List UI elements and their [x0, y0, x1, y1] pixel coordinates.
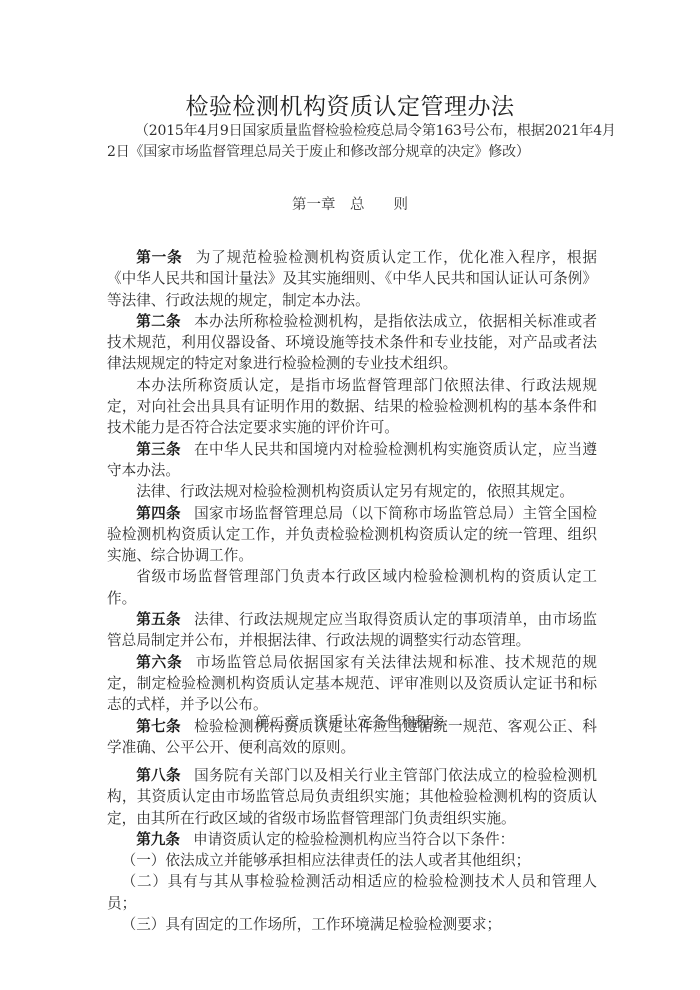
- subtitle-line-2: 2日《国家市场监督管理总局关于废止和修改部分规章的决定》修改）: [107, 142, 597, 163]
- article-4-clause: 省级市场监督管理部门负责本行政区域内检验检测机构的资质认定工作。: [107, 566, 597, 609]
- article-text: 省级市场监督管理部门负责本行政区域内检验检测机构的资质认定工作。: [107, 568, 597, 606]
- subtitle-line-1: （2015年4月9日国家质量监督检验检疫总局令第163号公布，根据2021年4月: [107, 121, 597, 142]
- article-9: 第九条申请资质认定的检验检测机构应当符合以下条件：: [107, 829, 597, 850]
- article-label: 第一条: [136, 249, 182, 266]
- article-label: 第八条: [136, 767, 181, 784]
- article-2: 第二条本办法所称检验检测机构，是指依法成立，依据相关标准或者技术规范，利用仪器设…: [107, 311, 597, 375]
- article-6: 第六条市场监管总局依据国家有关法律法规和标准、技术规范的规定，制定检验检测机构资…: [107, 652, 597, 716]
- chapter-1-heading: 第一章 总 则: [0, 193, 700, 214]
- article-3-clause: 法律、行政法规对检验检测机构资质认定另有规定的，依照其规定。: [107, 481, 597, 502]
- article-9-item-1: （一）依法成立并能够承担相应法律责任的法人或者其他组织；: [107, 850, 597, 871]
- chapter-2-body: 第八条国务院有关部门以及相关行业主管部门依法成立的检验检测机构，其资质认定由市场…: [107, 765, 597, 935]
- chapter-2-heading: 第二章 资质认定条件和程序: [0, 711, 700, 732]
- article-4: 第四条国家市场监督管理总局（以下简称市场监管总局）主管全国检验检测机构资质认定工…: [107, 503, 597, 567]
- article-8: 第八条国务院有关部门以及相关行业主管部门依法成立的检验检测机构，其资质认定由市场…: [107, 765, 597, 829]
- article-9-item-2: （二）具有与其从事检验检测活动相适应的检验检测技术人员和管理人员；: [107, 871, 597, 914]
- document-subtitle: （2015年4月9日国家质量监督检验检疫总局令第163号公布，根据2021年4月…: [107, 121, 597, 163]
- article-label: 第四条: [136, 505, 181, 522]
- article-3: 第三条在中华人民共和国境内对检验检测机构实施资质认定，应当遵守本办法。: [107, 439, 597, 482]
- article-2-clause: 本办法所称资质认定，是指市场监督管理部门依照法律、行政法规规定，对向社会出具具有…: [107, 375, 597, 439]
- article-label: 第三条: [136, 441, 181, 458]
- chapter-1-body: 第一条为了规范检验检测机构资质认定工作，优化准入程序，根据《中华人民共和国计量法…: [107, 247, 597, 758]
- article-text: 法律、行政法规对检验检测机构资质认定另有规定的，依照其规定。: [136, 483, 574, 500]
- article-1: 第一条为了规范检验检测机构资质认定工作，优化准入程序，根据《中华人民共和国计量法…: [107, 247, 597, 311]
- article-label: 第九条: [136, 831, 180, 848]
- article-9-item-3: （三）具有固定的工作场所，工作环境满足检验检测要求；: [107, 914, 597, 935]
- article-label: 第二条: [136, 313, 181, 330]
- article-5: 第五条法律、行政法规规定应当取得资质认定的事项清单，由市场监管总局制定并公布，并…: [107, 609, 597, 652]
- article-text: 本办法所称资质认定，是指市场监督管理部门依照法律、行政法规规定，对向社会出具具有…: [107, 377, 597, 437]
- article-label: 第六条: [136, 654, 182, 671]
- document-title: 检验检测机构资质认定管理办法: [0, 88, 700, 121]
- document-page: 检验检测机构资质认定管理办法 （2015年4月9日国家质量监督检验检疫总局令第1…: [0, 0, 700, 990]
- article-text: 申请资质认定的检验检测机构应当符合以下条件：: [193, 831, 514, 848]
- article-label: 第五条: [136, 611, 181, 628]
